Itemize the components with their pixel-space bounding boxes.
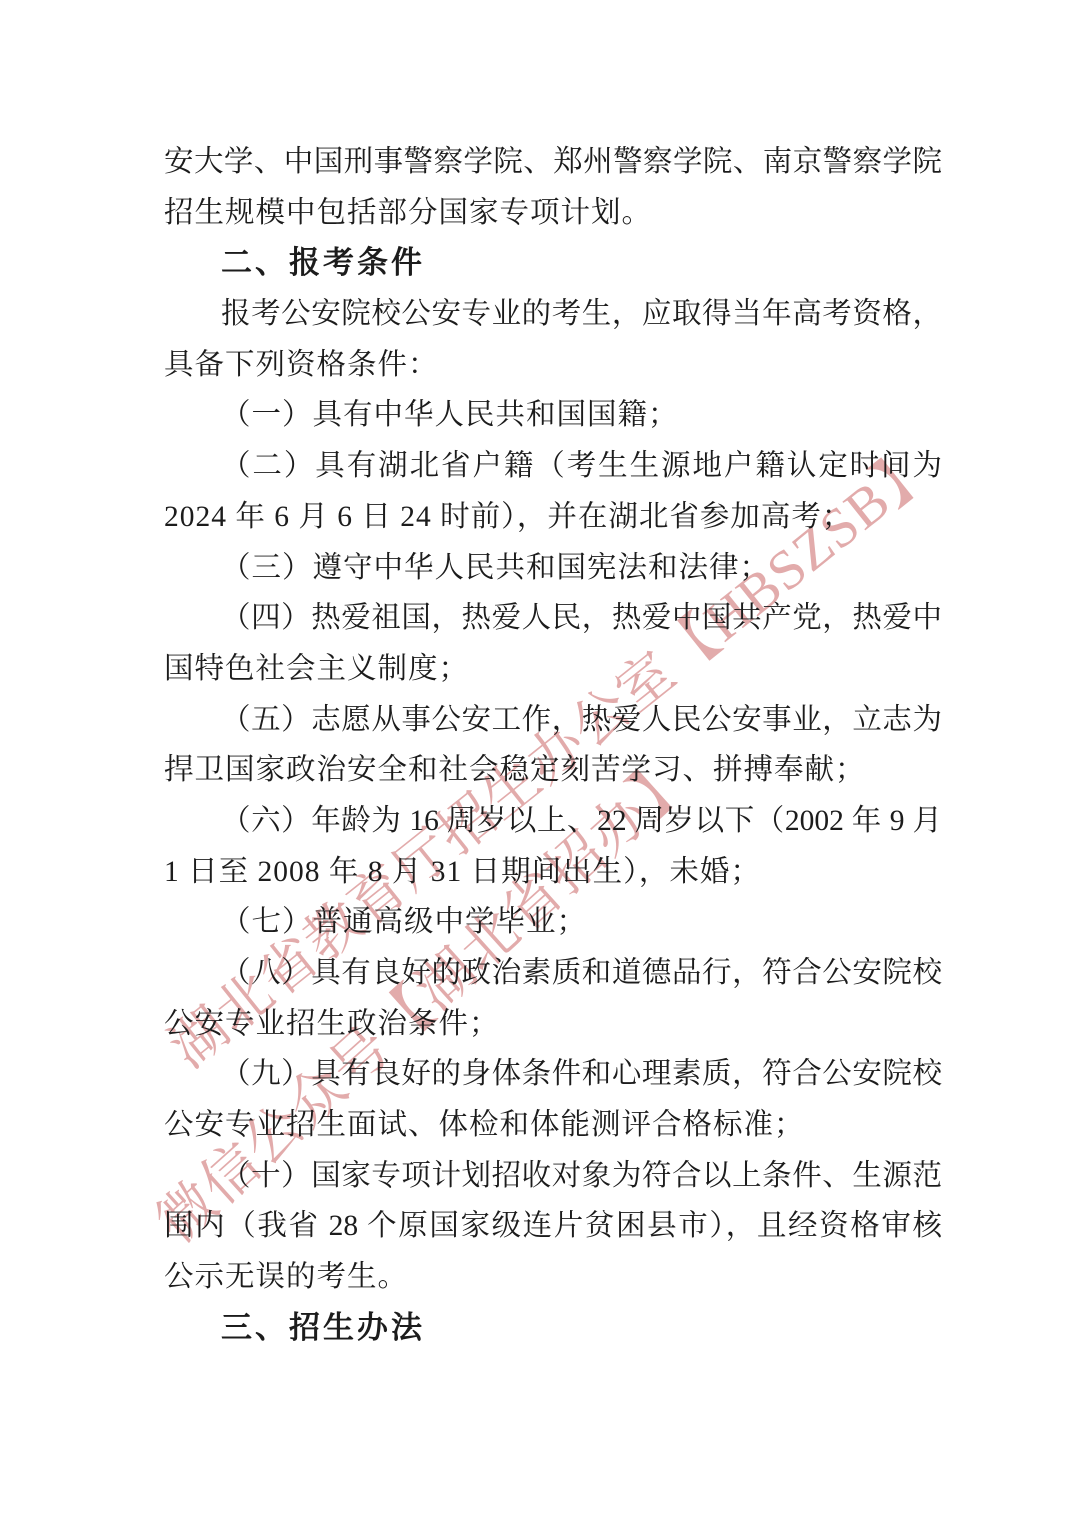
- text-line: 招生规模中包括部分国家专项计划。: [164, 188, 942, 239]
- text-line: 报考公安院校公安专业的考生，应取得当年高考资格，: [164, 289, 942, 340]
- text-line: 具备下列资格条件：: [164, 340, 942, 391]
- section-heading: 三、招生办法: [164, 1303, 942, 1354]
- text-line: 国特色社会主义制度；: [164, 644, 942, 695]
- text-line: （二）具有湖北省户籍（考生生源地户籍认定时间为: [164, 441, 942, 492]
- text-line: （三）遵守中华人民共和国宪法和法律；: [164, 543, 942, 594]
- document-body: 安大学、中国刑事警察学院、郑州警察学院、南京警察学院 招生规模中包括部分国家专项…: [164, 137, 942, 1354]
- text-line: 2024 年 6 月 6 日 24 时前），并在湖北省参加高考；: [164, 492, 942, 543]
- text-line: 安大学、中国刑事警察学院、郑州警察学院、南京警察学院: [164, 137, 942, 188]
- text-line: （七）普通高级中学毕业；: [164, 897, 942, 948]
- text-line: （四）热爱祖国，热爱人民，热爱中国共产党，热爱中: [164, 593, 942, 644]
- text-line: 公示无误的考生。: [164, 1252, 942, 1303]
- section-heading: 二、报考条件: [164, 238, 942, 289]
- text-line: （一）具有中华人民共和国国籍；: [164, 390, 942, 441]
- text-line: （十）国家专项计划招收对象为符合以上条件、生源范: [164, 1151, 942, 1202]
- text-line: （八）具有良好的政治素质和道德品行，符合公安院校: [164, 948, 942, 999]
- text-line: （五）志愿从事公安工作，热爱人民公安事业，立志为: [164, 695, 942, 746]
- text-line: 公安专业招生政治条件；: [164, 999, 942, 1050]
- text-line: 围内（我省 28 个原国家级连片贫困县市），且经资格审核: [164, 1201, 942, 1252]
- text-line: （六）年龄为 16 周岁以上、22 周岁以下（2002 年 9 月: [164, 796, 942, 847]
- text-line: 1 日至 2008 年 8 月 31 日期间出生），未婚；: [164, 847, 942, 898]
- text-line: 捍卫国家政治安全和社会稳定刻苦学习、拼搏奉献；: [164, 745, 942, 796]
- document-page: 湖北省教育厅招生办公室【HBSZSB】 微信公众号【湖北省招办】 安大学、中国刑…: [0, 0, 1080, 1527]
- text-line: 公安专业招生面试、体检和体能测评合格标准；: [164, 1100, 942, 1151]
- text-line: （九）具有良好的身体条件和心理素质，符合公安院校: [164, 1049, 942, 1100]
